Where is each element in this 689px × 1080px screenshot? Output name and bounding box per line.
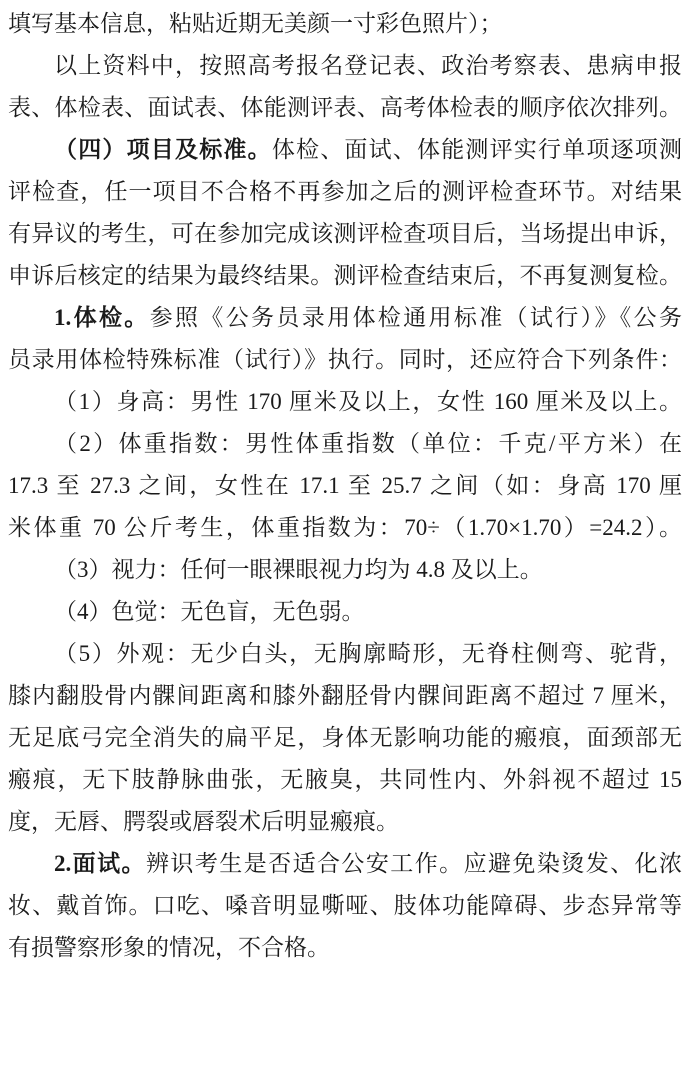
document-line: 膝内翻股骨内髁间距离和膝外翻胫骨内髁间距离不超过 7 厘米，	[8, 675, 682, 717]
text-run: 员录用体检特殊标准（试行）》执行。同时，还应符合下列条件：	[8, 347, 682, 372]
heading-run: 1.体检。	[54, 305, 150, 330]
document-line: 1.体检。参照《公务员录用体检通用标准（试行）》《公务	[8, 297, 682, 339]
heading-run: 2.面试。	[54, 851, 146, 876]
text-run: 申诉后核定的结果为最终结果。测评检查结束后，不再复测复检。	[8, 263, 682, 288]
document-line: 有异议的考生，可在参加完成该测评检查项目后，当场提出申诉，	[8, 213, 682, 255]
text-run: 度，无唇、腭裂或唇裂术后明显瘢痕。	[8, 809, 399, 834]
document-line: 瘢痕，无下肢静脉曲张，无腋臭，共同性内、外斜视不超过 15	[8, 759, 682, 801]
text-run: 妆、戴首饰。口吃、嗓音明显嘶哑、肢体功能障碍、步态异常等	[8, 893, 682, 918]
document-line: 2.面试。辨识考生是否适合公安工作。应避免染烫发、化浓	[8, 843, 682, 885]
text-run: 评检查，任一项目不合格不再参加之后的测评检查环节。对结果	[8, 179, 682, 204]
document-line: 评检查，任一项目不合格不再参加之后的测评检查环节。对结果	[8, 171, 682, 213]
text-run: （2）体重指数：男性体重指数（单位：千克/平方米）在	[54, 431, 682, 456]
text-run: 17.3 至 27.3 之间，女性在 17.1 至 25.7 之间（如：身高 1…	[8, 473, 682, 498]
text-run: 有异议的考生，可在参加完成该测评检查项目后，当场提出申诉，	[8, 221, 682, 246]
document-line: 17.3 至 27.3 之间，女性在 17.1 至 25.7 之间（如：身高 1…	[8, 465, 682, 507]
text-run: （3）视力：任何一眼裸眼视力均为 4.8 及以上。	[54, 557, 543, 582]
text-run: 有损警察形象的情况，不合格。	[8, 935, 330, 960]
document-line: 申诉后核定的结果为最终结果。测评检查结束后，不再复测复检。	[8, 255, 682, 297]
document-page: 填写基本信息，粘贴近期无美颜一寸彩色照片）；以上资料中，按照高考报名登记表、政治…	[0, 0, 689, 1080]
document-line: （四）项目及标准。体检、面试、体能测评实行单项逐项测	[8, 129, 682, 171]
document-line: 填写基本信息，粘贴近期无美颜一寸彩色照片）；	[8, 3, 682, 45]
document-line: 表、体检表、面试表、体能测评表、高考体检表的顺序依次排列。	[8, 87, 682, 129]
text-run: 以上资料中，按照高考报名登记表、政治考察表、患病申报	[54, 53, 682, 78]
text-run: （1）身高：男性 170 厘米及以上，女性 160 厘米及以上。	[54, 389, 682, 414]
text-run: 膝内翻股骨内髁间距离和膝外翻胫骨内髁间距离不超过 7 厘米，	[8, 683, 682, 708]
document-line: 妆、戴首饰。口吃、嗓音明显嘶哑、肢体功能障碍、步态异常等	[8, 885, 682, 927]
document-line: 员录用体检特殊标准（试行）》执行。同时，还应符合下列条件：	[8, 339, 682, 381]
document-body: 填写基本信息，粘贴近期无美颜一寸彩色照片）；以上资料中，按照高考报名登记表、政治…	[8, 3, 682, 969]
text-run: （5）外观：无少白头，无胸廓畸形，无脊柱侧弯、驼背，	[54, 641, 682, 666]
document-line: （5）外观：无少白头，无胸廓畸形，无脊柱侧弯、驼背，	[8, 633, 682, 675]
document-line: （1）身高：男性 170 厘米及以上，女性 160 厘米及以上。	[8, 381, 682, 423]
text-run: （4）色觉：无色盲，无色弱。	[54, 599, 365, 624]
document-line: 无足底弓完全消失的扁平足，身体无影响功能的瘢痕，面颈部无	[8, 717, 682, 759]
document-line: 米体重 70 公斤考生，体重指数为：70÷（1.70×1.70）=24.2）。	[8, 507, 682, 549]
text-run: 辨识考生是否适合公安工作。应避免染烫发、化浓	[146, 851, 682, 876]
text-run: 体检、面试、体能测评实行单项逐项测	[272, 137, 682, 162]
document-line: 度，无唇、腭裂或唇裂术后明显瘢痕。	[8, 801, 682, 843]
document-line: （4）色觉：无色盲，无色弱。	[8, 591, 682, 633]
text-run: 表、体检表、面试表、体能测评表、高考体检表的顺序依次排列。	[8, 95, 682, 120]
text-run: 填写基本信息，粘贴近期无美颜一寸彩色照片）；	[8, 11, 503, 36]
document-line: （3）视力：任何一眼裸眼视力均为 4.8 及以上。	[8, 549, 682, 591]
document-line: 以上资料中，按照高考报名登记表、政治考察表、患病申报	[8, 45, 682, 87]
text-run: 米体重 70 公斤考生，体重指数为：70÷（1.70×1.70）=24.2）。	[8, 515, 682, 540]
text-run: 瘢痕，无下肢静脉曲张，无腋臭，共同性内、外斜视不超过 15	[8, 767, 682, 792]
text-run: 无足底弓完全消失的扁平足，身体无影响功能的瘢痕，面颈部无	[8, 725, 682, 750]
text-run: 参照《公务员录用体检通用标准（试行）》《公务	[150, 305, 682, 330]
heading-run: （四）项目及标准。	[54, 137, 272, 162]
document-line: 有损警察形象的情况，不合格。	[8, 927, 682, 969]
document-line: （2）体重指数：男性体重指数（单位：千克/平方米）在	[8, 423, 682, 465]
